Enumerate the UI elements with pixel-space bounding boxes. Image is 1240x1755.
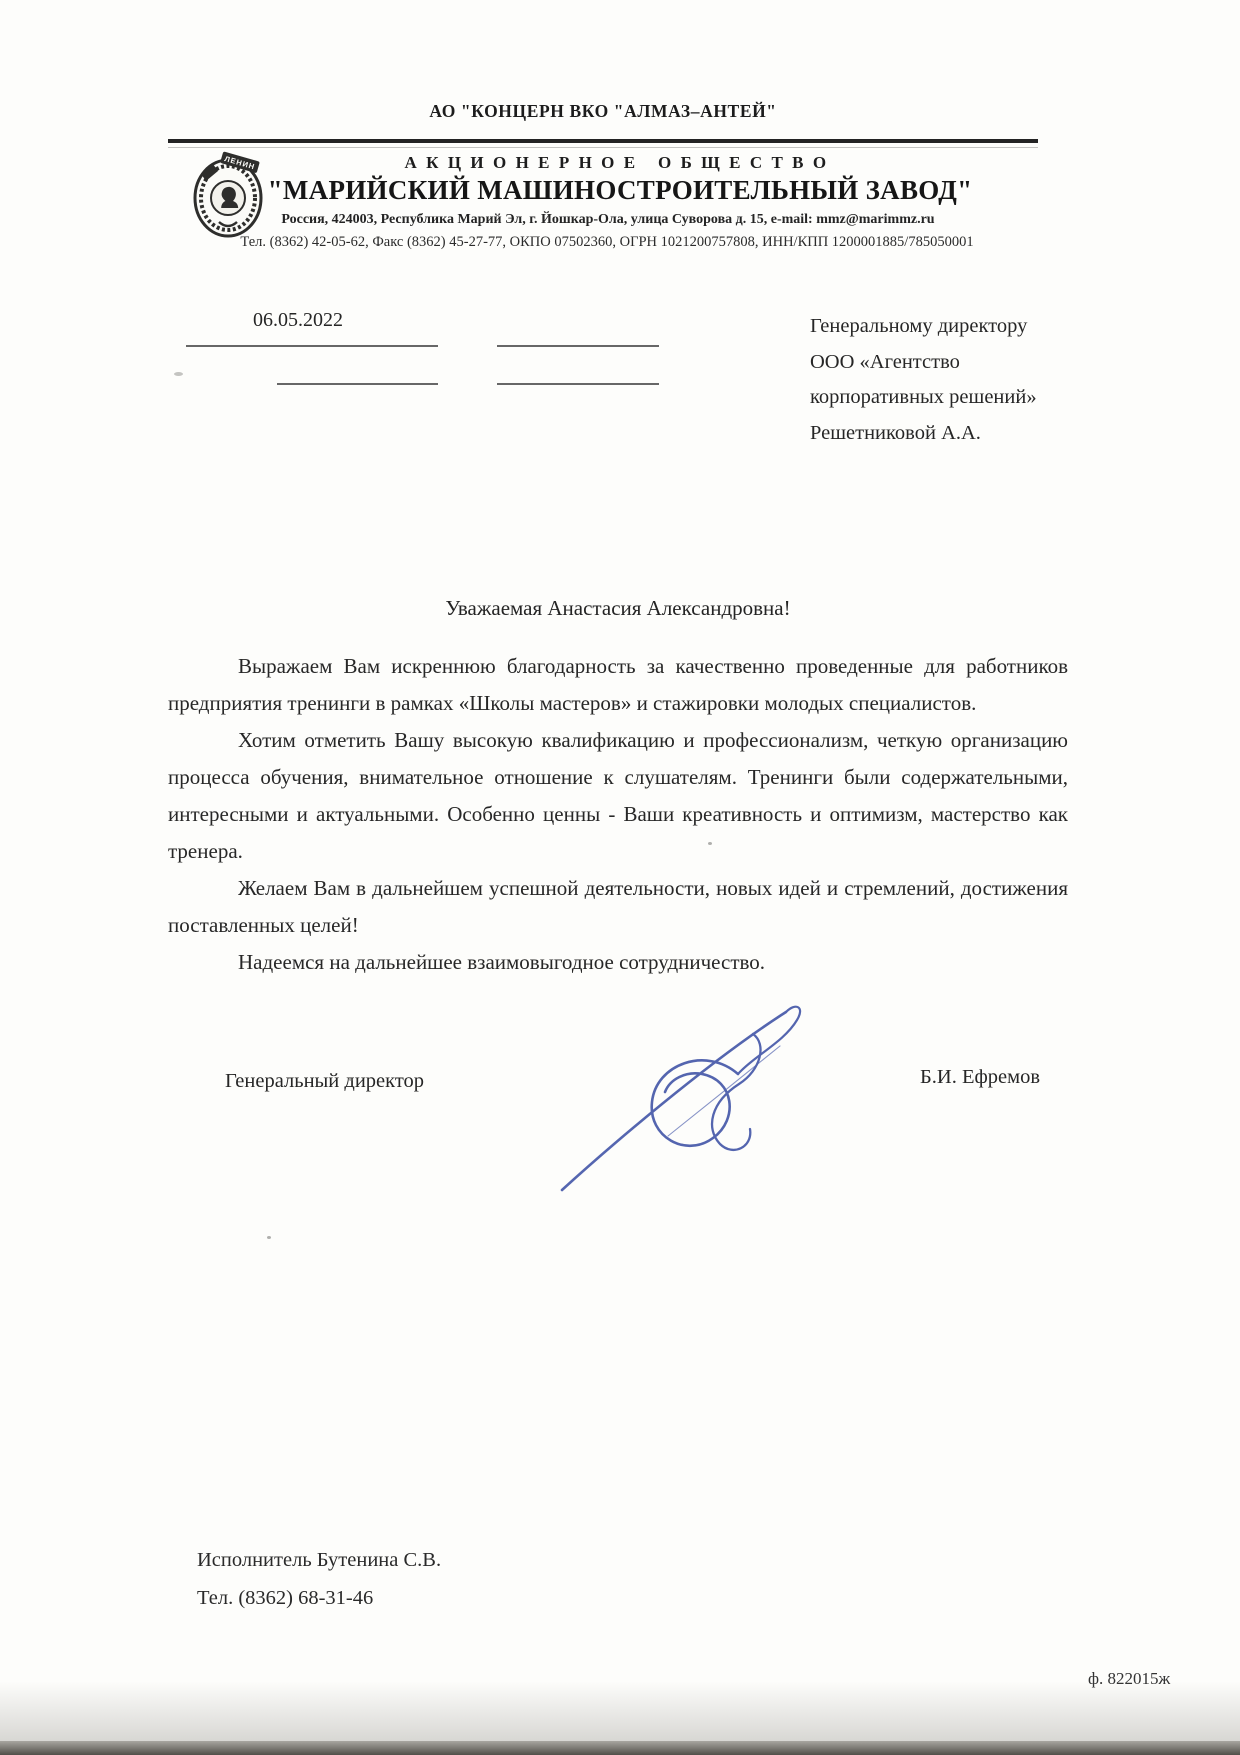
executor-phone: Тел. (8362) 68-31-46	[197, 1587, 373, 1610]
parent-company-title: АО "КОНЦЕРН ВКО "АЛМАЗ–АНТЕЙ"	[168, 101, 1038, 122]
body-paragraph: Хотим отметить Вашу высокую квалификацию…	[168, 722, 1068, 870]
ref-number-underline	[497, 345, 659, 347]
salutation: Уважаемая Анастасия Александровна!	[168, 596, 1068, 621]
addressee-line: корпоративных решений»	[810, 380, 1110, 416]
executor-line: Исполнитель Бутенина С.В.	[197, 1549, 441, 1572]
scan-speck	[349, 1078, 353, 1081]
reply-date-underline	[497, 383, 659, 385]
scan-speck	[174, 372, 183, 376]
body-paragraph: Выражаем Вам искреннюю благодарность за …	[168, 648, 1068, 722]
addressee-line: Решетниковой А.А.	[810, 416, 1110, 452]
letterhead-contacts: Тел. (8362) 42-05-62, Факс (8362) 45-27-…	[162, 234, 1052, 251]
signer-name: Б.И. Ефремов	[920, 1066, 1040, 1089]
letter-body: Выражаем Вам искреннюю благодарность за …	[168, 648, 1068, 981]
signer-title: Генеральный директор	[225, 1070, 424, 1093]
handwritten-signature	[548, 990, 848, 1205]
scanned-letter-page: АО "КОНЦЕРН ВКО "АЛМАЗ–АНТЕЙ" ЛЕНИН АКЦИ…	[0, 0, 1240, 1755]
letter-date: 06.05.2022	[253, 309, 343, 332]
addressee-line: Генеральному директору	[810, 309, 1110, 345]
letterhead-address: Россия, 424003, Республика Марий Эл, г. …	[168, 212, 1048, 228]
addressee-block: Генеральному директору ООО «Агентство ко…	[810, 309, 1110, 451]
org-name-line: "МАРИЙСКИЙ МАШИНОСТРОИТЕЛЬНЫЙ ЗАВОД"	[200, 175, 1040, 206]
date-underline	[186, 345, 438, 347]
reply-to-underline	[277, 383, 438, 385]
scan-bottom-edge	[0, 1741, 1240, 1755]
scan-speck	[708, 842, 712, 845]
header-rule-ghost	[168, 147, 1038, 148]
addressee-line: ООО «Агентство	[810, 345, 1110, 381]
scan-bottom-shadow	[0, 1681, 1240, 1741]
body-paragraph: Желаем Вам в дальнейшем успешной деятель…	[168, 870, 1068, 944]
header-rule	[168, 139, 1038, 143]
org-type-line: АКЦИОНЕРНОЕ ОБЩЕСТВО	[200, 153, 1040, 173]
scan-speck	[267, 1236, 271, 1239]
body-paragraph: Надеемся на дальнейшее взаимовыгодное со…	[168, 944, 1068, 981]
